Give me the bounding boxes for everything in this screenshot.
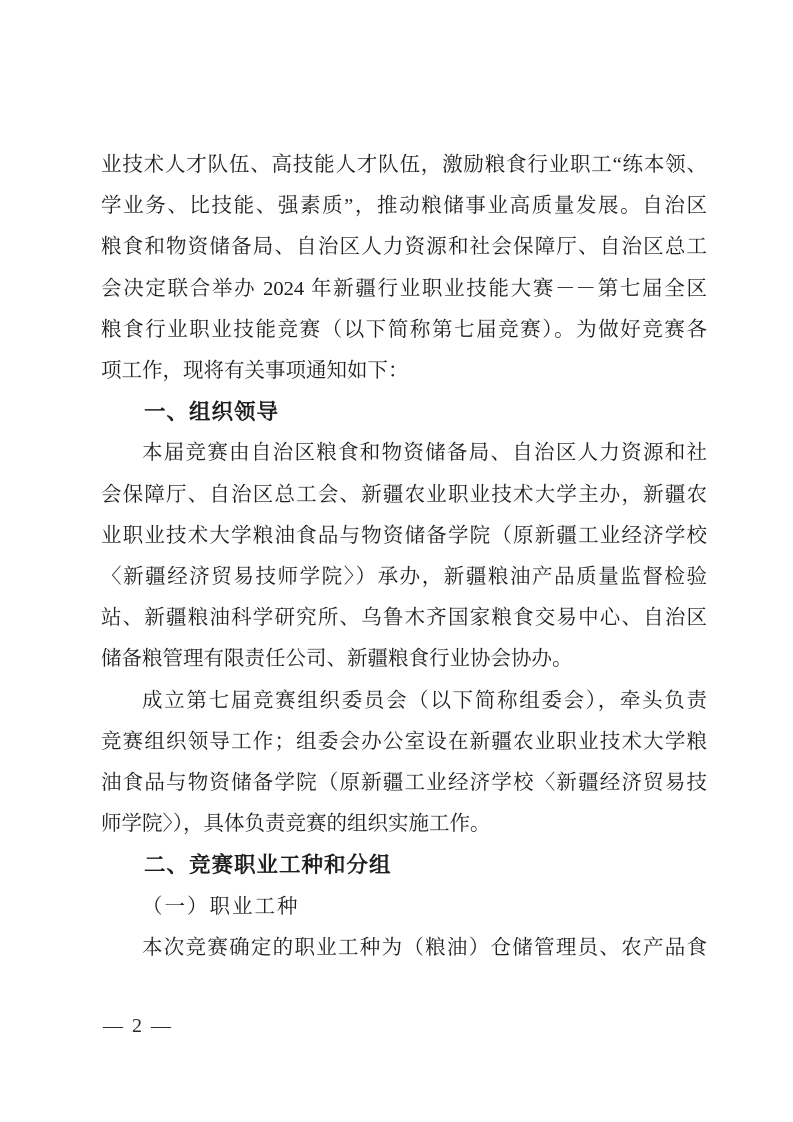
body-line: 〈新疆经济贸易技师学院〉）承办，新疆粮油产品质量监督检验 <box>101 557 707 598</box>
body-line: 储备粮管理有限责任公司、新疆粮食行业协会协办。 <box>101 639 707 680</box>
body-line: 学业务、比技能、强素质”，推动粮储事业高质量发展。自治区 <box>101 186 707 227</box>
body-line: 师学院〉），具体负责竞赛的组织实施工作。 <box>101 804 707 845</box>
body-line: 粮食行业职业技能竞赛（以下简称第七届竞赛）。为做好竞赛各 <box>101 310 707 351</box>
subsection-heading: （一）职业工种 <box>101 887 707 928</box>
body-line: 粮食和物资储备局、自治区人力资源和社会保障厅、自治区总工 <box>101 227 707 268</box>
body-line: 竞赛组织领导工作；组委会办公室设在新疆农业职业技术大学粮 <box>101 722 707 763</box>
body-line: 站、新疆粮油科学研究所、乌鲁木齐国家粮食交易中心、自治区 <box>101 598 707 639</box>
section-2-heading: 二、竞赛职业工种和分组 <box>101 845 707 886</box>
page-number: — 2 — <box>103 1012 173 1040</box>
document-body: 业技术人才队伍、高技能人才队伍，激励粮食行业职工“练本领、 学业务、比技能、强素… <box>101 145 707 969</box>
body-line: 业职业技术大学粮油食品与物资储备学院（原新疆工业经济学校 <box>101 516 707 557</box>
body-line: 会决定联合举办 2024 年新疆行业职业技能大赛－－第七届全区 <box>101 269 707 310</box>
body-line: 本届竞赛由自治区粮食和物资储备局、自治区人力资源和社 <box>101 433 707 474</box>
document-page: 业技术人才队伍、高技能人才队伍，激励粮食行业职工“练本领、 学业务、比技能、强素… <box>0 0 793 1122</box>
body-line: 油食品与物资储备学院（原新疆工业经济学校〈新疆经济贸易技 <box>101 763 707 804</box>
section-1-heading: 一、组织领导 <box>101 392 707 433</box>
body-line: 项工作，现将有关事项通知如下： <box>101 351 707 392</box>
body-line: 成立第七届竞赛组织委员会（以下简称组委会），牵头负责 <box>101 681 707 722</box>
body-line: 会保障厅、自治区总工会、新疆农业职业技术大学主办，新疆农 <box>101 475 707 516</box>
body-line: 业技术人才队伍、高技能人才队伍，激励粮食行业职工“练本领、 <box>101 145 707 186</box>
body-line: 本次竞赛确定的职业工种为（粮油）仓储管理员、农产品食 <box>101 928 707 969</box>
